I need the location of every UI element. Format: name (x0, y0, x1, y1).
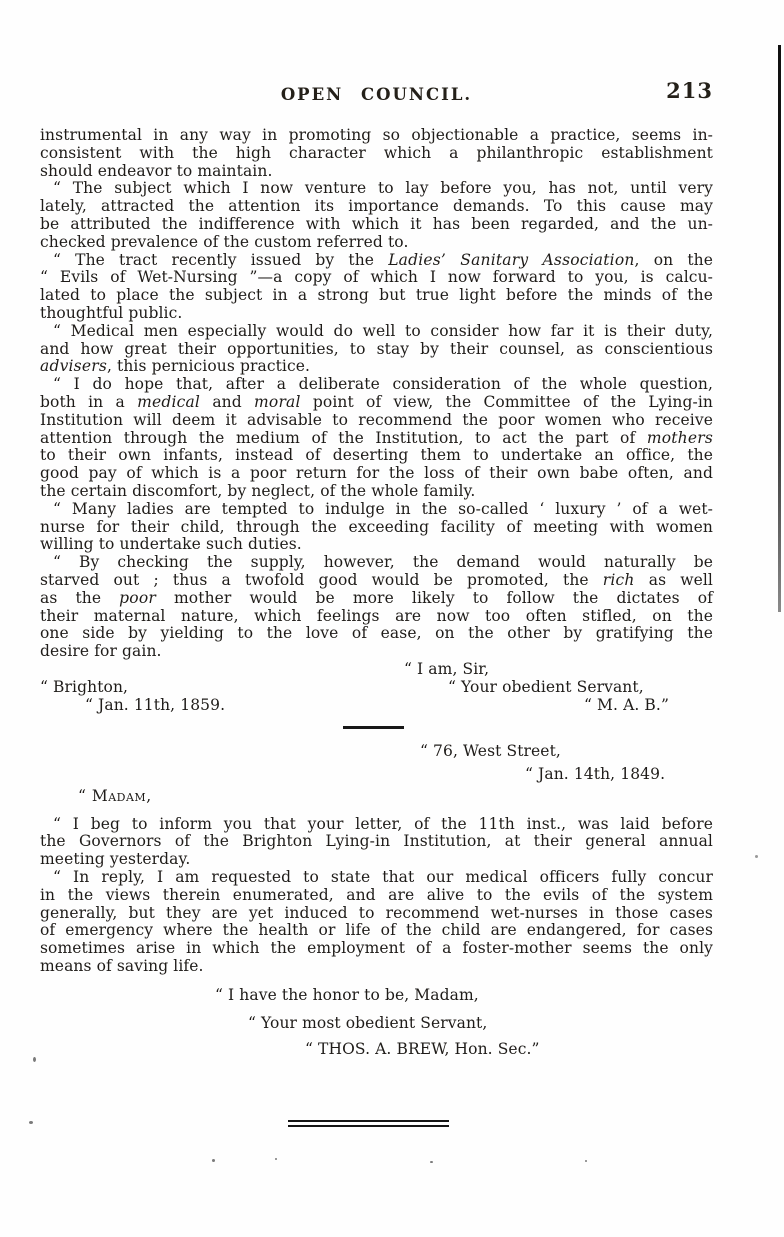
letter2-valediction: “ I have the honor to be, Madam, (215, 987, 713, 1005)
letter1-place: “ Brighton, (40, 678, 128, 696)
letter1-closing-row-1: “ I am, Sir, (40, 661, 713, 679)
text-line: “ Many ladies are tempted to indulge in … (40, 501, 713, 519)
letter1-date: “ Jan. 11th, 1859. (85, 696, 225, 714)
scan-speck (29, 1121, 33, 1124)
text-line: “ Evils of Wet-Nursing ”—a copy of which… (40, 269, 713, 287)
text-line: both in a medical and moral point of vie… (40, 394, 713, 412)
scan-speck (275, 1158, 277, 1160)
text-line: willing to undertake such duties. (40, 536, 713, 554)
text-line: meeting yesterday. (40, 851, 713, 869)
scan-speck (212, 1159, 215, 1162)
text-line: attention through the medium of the Inst… (40, 430, 713, 448)
text-line: Institution will deem it advisable to re… (40, 412, 713, 430)
text-line: “ Medical men especially would do well t… (40, 323, 713, 341)
text-line: “ The tract recently issued by the Ladie… (40, 252, 713, 270)
text-line: one side by yielding to the love of ease… (40, 625, 713, 643)
text-line: consistent with the high character which… (40, 145, 713, 163)
scan-speck (755, 855, 758, 858)
text-line: starved out ; thus a twofold good would … (40, 572, 713, 590)
text-line: desire for gain. (40, 643, 713, 661)
scan-speck (33, 1057, 36, 1062)
letter1-signature: “ M. A. B.” (584, 697, 669, 715)
letter1-body: instrumental in any way in promoting so … (40, 127, 713, 661)
letter-paragraph: “ By checking the supply, however, the d… (40, 554, 713, 661)
text-block: instrumental in any way in promoting so … (40, 127, 713, 1059)
letter1-closing-row-3: “ Jan. 11th, 1859. “ M. A. B.” (40, 697, 713, 715)
page-header-title: OPEN COUNCIL. (281, 85, 472, 104)
text-line: “ By checking the supply, however, the d… (40, 554, 713, 572)
letter-paragraph: “ Medical men especially would do well t… (40, 323, 713, 376)
text-line: thoughtful public. (40, 305, 713, 323)
letter1-servant-line: “ Your obedient Servant, (448, 679, 644, 697)
text-line: means of saving life. (40, 958, 713, 976)
text-line: “ I beg to inform you that your letter, … (40, 816, 713, 834)
section-divider-rule (343, 726, 404, 729)
text-line: as the poor mother would be more likely … (40, 590, 713, 608)
letter1-closing-row-2: “ Brighton, “ Your obedient Servant, (40, 679, 713, 697)
text-line: the certain discomfort, by neglect, of t… (40, 483, 713, 501)
scan-speck (430, 1161, 433, 1163)
end-divider-rule (288, 1120, 449, 1127)
text-line: be attributed the indifference with whic… (40, 216, 713, 234)
running-header: OPEN COUNCIL. 213 (40, 85, 713, 104)
letter-paragraph: “ I do hope that, after a deliberate con… (40, 376, 713, 501)
letter2-address: “ 76, West Street, (420, 743, 713, 761)
letter2-salutation: “ Madam, (78, 788, 713, 806)
letter2-servant-line: “ Your most obedient Servant, (248, 1015, 713, 1033)
letter-paragraph: “ I beg to inform you that your letter, … (40, 816, 713, 869)
text-line: “ I do hope that, after a deliberate con… (40, 376, 713, 394)
letter1-valediction: “ I am, Sir, (404, 660, 489, 678)
letter2-signature: “ THOS. A. BREW, Hon. Sec.” (305, 1041, 713, 1059)
text-line: checked prevalence of the custom referre… (40, 234, 713, 252)
text-line: the Governors of the Brighton Lying-in I… (40, 833, 713, 851)
text-line: lated to place the subject in a strong b… (40, 287, 713, 305)
page-number: 213 (666, 78, 713, 103)
page-edge-line (778, 45, 781, 612)
text-line: good pay of which is a poor return for t… (40, 465, 713, 483)
scan-speck (585, 1160, 587, 1162)
letter-paragraph: “ Many ladies are tempted to indulge in … (40, 501, 713, 554)
text-line: advisers, this pernicious practice. (40, 358, 713, 376)
text-line: “ In reply, I am requested to state that… (40, 869, 713, 887)
text-line: and how great their opportunities, to st… (40, 341, 713, 359)
text-line: lately, attracted the attention its impo… (40, 198, 713, 216)
letter-paragraph: “ The tract recently issued by the Ladie… (40, 252, 713, 323)
text-line: their maternal nature, which feelings ar… (40, 608, 713, 626)
text-line: instrumental in any way in promoting so … (40, 127, 713, 145)
letter-paragraph: “ In reply, I am requested to state that… (40, 869, 713, 976)
text-line: generally, but they are yet induced to r… (40, 905, 713, 923)
text-line: of emergency where the health or life of… (40, 922, 713, 940)
text-line: sometimes arise in which the employment … (40, 940, 713, 958)
letter-paragraph: “ The subject which I now venture to lay… (40, 180, 713, 251)
document-page: OPEN COUNCIL. 213 instrumental in any wa… (0, 0, 784, 1237)
letter2-body: “ I beg to inform you that your letter, … (40, 816, 713, 976)
text-line: nurse for their child, through the excee… (40, 519, 713, 537)
text-line: to their own infants, instead of deserti… (40, 447, 713, 465)
letter2-date: “ Jan. 14th, 1849. (525, 766, 713, 784)
letter-paragraph: instrumental in any way in promoting so … (40, 127, 713, 180)
text-line: “ The subject which I now venture to lay… (40, 180, 713, 198)
text-line: in the views therein enumerated, and are… (40, 887, 713, 905)
text-line: should endeavor to maintain. (40, 163, 713, 181)
